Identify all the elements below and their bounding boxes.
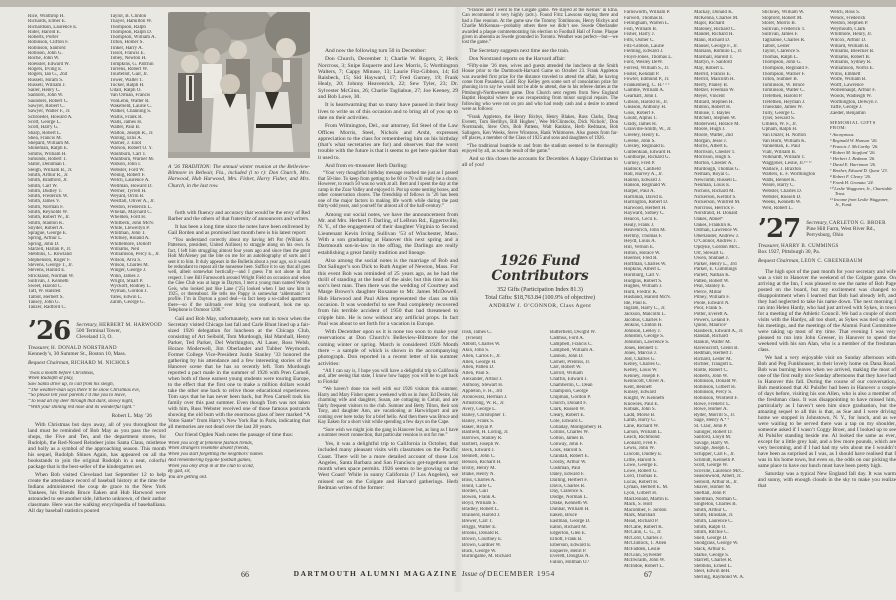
paragraph-group: Yes, it was a delightful trip to Califor… [318, 441, 458, 491]
memorial-gift-entry: ⁹ Frank H. Granata ’24. [830, 180, 894, 185]
letter-paragraph: “All I can say is, I hope you will have … [318, 369, 458, 386]
class27-secretary: Secretary, CARLETON G. BROER Pine Hill F… [806, 218, 886, 240]
class26-header: ’26 Secretary, HERBERT M. HARWOOD 500 Te… [28, 320, 166, 342]
memorial-gift-entry: ² Reginald W. Hanson ’26. [830, 138, 894, 143]
paragraph: When Bob visited Cleveland last Septembe… [28, 472, 166, 514]
paragraph: Gail and Bob May, unfortunately, were no… [168, 316, 310, 430]
paragraph: With Christmas but days away, all of you… [28, 422, 166, 470]
paragraph-group: Among our social notes, we have the anno… [318, 212, 458, 367]
paragraph-group: forth with fluency and accuracy that wou… [168, 210, 310, 236]
paragraph-group: And so this closes the accounts for Dece… [462, 156, 618, 168]
memorial-gift-entry: ⁵ Herbert J. Redman ’26. [830, 156, 894, 161]
paragraph: And from ex-treasurer Herb Darling: [318, 163, 458, 169]
fund-total-stat: Total Gifts: $18,763.84 (100.9% of objec… [458, 295, 622, 303]
class26-harvard-column: “Frances and I went to the Colgate game.… [462, 8, 618, 248]
paragraph-group: The Secretary suggests next time use the… [462, 48, 618, 62]
member-name: Tanzer, Radford C. [28, 305, 106, 310]
fund-names-column-2: Butterfield, Dwight W.Cadmus, Ford A.Cam… [550, 330, 622, 578]
norstrand-letter: “Fifty-nine ’26 men, wives and guests at… [462, 64, 618, 155]
rudolph-poem: ’Twas a month before Christmas,When Rudo… [28, 371, 166, 411]
paragraph: And now the following turn 50 in Decembe… [318, 48, 458, 54]
letter-paragraph: “Frances and I went to the Colgate game.… [462, 8, 618, 46]
contributor-name: Zaeder, Benjamin [830, 111, 894, 117]
memorial-gift-entry: ¹⁰ Leslie Waggoner, Jr., Charitable Trus… [830, 186, 894, 196]
paragraph-group: With Christmas but days away, all of you… [28, 422, 166, 514]
left-names-column-1: Rice, Winthrop H.Richards, Elmer E.Richa… [28, 14, 106, 314]
scan-edge-strip [0, 0, 896, 7]
borden-letter: “You understand correctly about my havin… [168, 238, 310, 314]
fund-gifts-stat: 352 Gifts (Participation Index 81.3) [458, 287, 622, 295]
issue-line: Issue of DECEMBER 1954 [462, 569, 555, 578]
secretary-address: Perrysburg, Ohio [806, 232, 886, 238]
paragraph: The high spot of the past month for your… [758, 269, 896, 353]
magazine-title: DARTMOUTH ALUMNI MAGAZINE [280, 569, 458, 578]
paragraph-group: The high spot of the past month for your… [758, 269, 896, 489]
redman-letter: “Frances and I went to the Colgate game.… [462, 8, 618, 46]
photo-caption: A ’26 TRADITION: The annual winter reuni… [168, 164, 310, 189]
memorial-gift-entry: ⁶ David E. Harriman ’26. [830, 162, 894, 167]
fund-class-agent: ANDREW J. O’CONNOR, Class Agent [458, 302, 622, 310]
memorial-gift-entry: ¹¹ Income from Leslie Waggoner, Jr., Fun… [830, 197, 894, 207]
fund-names-column-5: Stickney, William W.Stopford, Robert M.S… [762, 10, 828, 212]
memorial-gift-entry: ³ Francis J. McCarthy ’26. [830, 144, 894, 149]
issue-date: DECEMBER 1954 [487, 569, 555, 578]
memorial-gifts-list: ¹ Anonymous.² Reginald W. Hanson ’26.³ F… [830, 132, 894, 207]
letter-paragraph: “Frank Appleton, the Henry Bixbys, Henry… [462, 115, 618, 142]
nash-poem: When you scoff at feminine fashion trend… [168, 441, 310, 481]
letter-paragraph: “Sure wish we might join the gang in Han… [318, 428, 458, 439]
memorial-gift-entry: ¹ Anonymous. [830, 132, 894, 137]
paragraph-group: Gail and Bob May, unfortunately, were no… [168, 316, 310, 438]
church-letter: “All I can say is, I hope you will have … [318, 369, 458, 439]
fund-names-column-4: Mackay, Donald K.McKenna, Charles M.Majo… [694, 10, 760, 580]
class26-continuation-column: forth with fluency and accuracy that wou… [168, 210, 310, 582]
paragraph: Among our social notes, we have the anno… [318, 212, 458, 256]
contributor-name: McIndoe, Robert L. [624, 564, 690, 570]
letter-paragraph: “Fifty-nine ’26 men, wives and guests at… [462, 64, 618, 113]
paragraph: The Secretary suggests next time use the… [462, 48, 618, 54]
paragraph: Yes, it was a delightful trip to Califor… [318, 441, 458, 491]
class27-header: ’27 Secretary, CARLETON G. BROER Pine Hi… [758, 218, 896, 240]
memorial-gift-entry: ⁷ Brother, Edward D. Quest ’23. [830, 168, 894, 173]
treasurer-address: Box 1927, Pittsburgh 30, Pa. [758, 249, 896, 255]
class26-numeral: ’26 [28, 320, 70, 342]
secretary-address: Cleveland 13, O. [76, 334, 162, 340]
class27-section: ’27 Secretary, CARLETON G. BROER Pine Hi… [758, 218, 896, 580]
paragraph: Our friend Ogden Nash notes the passage … [168, 432, 310, 438]
paragraph: Saturday was a typical New England fall … [758, 471, 896, 489]
secretary-label: Secretary, [76, 322, 98, 328]
poem-line: You are getting old. [168, 475, 310, 481]
class26-bequest-chairman: Bequest Chairman, RICHARD M. NICHOLS [28, 360, 166, 366]
paragraph: From Wilmington, Del., our attorney, Ed … [318, 123, 458, 161]
page-number-left: 66 [230, 570, 260, 579]
class26-section: ’26 Secretary, HERBERT M. HARWOOD 500 Te… [28, 320, 166, 578]
paragraph: It is heartwarming that so many have pau… [318, 102, 458, 121]
poem-credit: Robert L. May ’26 [28, 413, 166, 419]
paragraph: It has been a long time since the notes … [168, 224, 310, 236]
fund-names-column-1: Irish, James C. (Friend)Abbott, Charles … [462, 330, 542, 578]
paragraph: We had a very enjoyable visit on Sunday … [758, 355, 896, 469]
fund-names-column-3: Farnsworth, William P.Farwell, Thomas B.… [624, 10, 690, 580]
paragraph-group: And now the following turn 50 in Decembe… [318, 48, 458, 169]
reunion-photo-illustration [168, 12, 310, 158]
fund-names-column-6-list: Welch, Ross S.Wenck, FrederickWeston, St… [830, 10, 894, 116]
paragraph: Don Church, December 1; Charlie W. Roger… [318, 56, 458, 100]
contributor-name: Fallon, Hillman O.¹ [550, 560, 622, 566]
letter-paragraph: “We haven’t done too well with our 1926 … [318, 387, 458, 426]
paragraph: Also among the social notes is the marri… [318, 258, 458, 327]
secretary-label: Secretary, [806, 220, 828, 226]
paragraph: Don Norstrand reports on the Harvard aff… [462, 56, 618, 62]
contributor-name: Burlingame, M. Richard [462, 554, 542, 560]
poem-line: “With your shining red nose and its wond… [28, 405, 166, 411]
fund-heading-block: 1926 Fund Contributors 352 Gifts (Partic… [458, 254, 622, 310]
letter-paragraph: “The traditional boatride to and from th… [462, 144, 618, 155]
fund-names-column-6: Welch, Ross S.Wenck, FrederickWeston, St… [830, 10, 894, 214]
memorial-gift-entry: ⁸ Robert F. Cleary ’26. [830, 174, 894, 179]
fund-title: 1926 Fund Contributors [458, 254, 622, 284]
darling-letter: “Your very thoughtful birthday message r… [318, 171, 458, 210]
magazine-spread: { "meta": { "magazine_title": "DARTMOUTH… [0, 0, 896, 600]
reunion-photo [168, 12, 310, 158]
contributor-name: Weil, Robert L. [762, 206, 828, 212]
secretary-name: HERBERT M. HARWOOD [99, 322, 162, 328]
page-number-right: 67 [633, 570, 663, 579]
secretary-name: CARLETON G. BROER [829, 220, 886, 226]
memorial-gift-entry: ⁴ Robert M. Stopford ’26. [830, 150, 894, 155]
class27-numeral: ’27 [758, 218, 800, 240]
paragraph: forth with fluency and accuracy that wou… [168, 210, 310, 222]
class27-bequest-chairman: Bequest Chairman, LEON C. GREENEBAUM [758, 258, 896, 264]
paragraph: With December upon us it is none too soo… [318, 329, 458, 367]
issue-prefix: Issue of [462, 569, 485, 578]
letter-paragraph: “Your very thoughtful birthday message r… [318, 171, 458, 210]
memorial-gifts-header: MEMORIAL GIFTS FROM: [830, 120, 894, 130]
paragraph: And so this closes the accounts for Dece… [462, 156, 618, 168]
treasurer-address: Kennedy’s, 30 Summer St., Boston 10, Mas… [28, 351, 166, 357]
class26-birthdays-column: And now the following turn 50 in Decembe… [318, 48, 458, 580]
class26-secretary: Secretary, HERBERT M. HARWOOD 500 Termin… [76, 320, 162, 342]
contributor-name: Sterling, Raymond W. A. [694, 575, 760, 580]
letter-paragraph: “You understand correctly about my havin… [168, 238, 310, 314]
